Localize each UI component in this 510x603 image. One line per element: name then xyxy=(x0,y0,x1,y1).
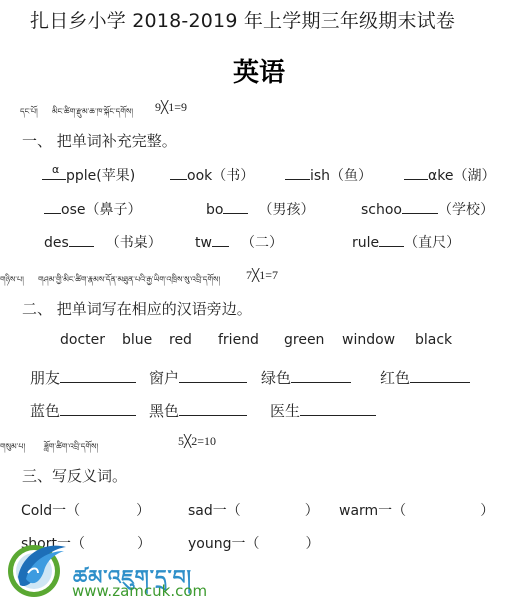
section1-tibetan-instruction: མིང་ཚིག་རྫུམ་ཆ་ཁ་སྐོང་དགོས། xyxy=(52,102,133,125)
section1-tibetan-label: དང་པོ། xyxy=(20,102,38,125)
fill-item-apple: αpple(苹果) xyxy=(42,165,135,185)
word-bank-green: green xyxy=(284,332,324,348)
match-item-green: 绿色 xyxy=(261,367,351,388)
word-bank-docter: docter xyxy=(60,332,105,348)
section3-heading: 三、写反义词。 xyxy=(22,465,127,486)
match-item-black: 黑色 xyxy=(149,400,247,421)
section1-score: 9╳1=9 xyxy=(155,100,187,115)
section3-score: 5╳2=10 xyxy=(178,434,216,449)
antonym-item-warm: warm一（） xyxy=(339,500,494,520)
section3-tibetan-label: གསུམ་པ། xyxy=(0,437,25,460)
match-item-doctor: 医生 xyxy=(270,400,376,421)
watermark-url: www.zamcuk.com xyxy=(72,582,207,600)
answer-blank[interactable] xyxy=(410,370,470,383)
answer-blank[interactable] xyxy=(179,370,247,383)
section2-tibetan-label: གཉིས་པ། xyxy=(0,270,24,293)
answer-blank[interactable] xyxy=(379,234,404,247)
match-item-blue: 蓝色 xyxy=(30,400,136,421)
answer-blank[interactable] xyxy=(170,167,187,180)
hint-letter: α xyxy=(52,163,59,176)
section1-heading: 一、 把单词补充完整。 xyxy=(22,130,177,151)
answer-blank[interactable] xyxy=(60,370,136,383)
match-item-red: 红色 xyxy=(380,367,470,388)
word-bank-window: window xyxy=(342,332,395,348)
word-bank-black: black xyxy=(415,332,452,348)
section3-tibetan-instruction: ཟློག་ཚིག་འབྲི་དགོས། xyxy=(44,437,98,460)
answer-blank[interactable] xyxy=(69,234,94,247)
answer-blank[interactable] xyxy=(44,201,61,214)
subject-title: 英语 xyxy=(233,52,285,89)
fill-item-school: schoo（学校） xyxy=(361,199,494,219)
match-item-window: 窗户 xyxy=(149,367,247,388)
word-bank-friend: friend xyxy=(218,332,259,348)
fill-item-ruler: rule（直尺） xyxy=(352,232,460,252)
antonym-item-cold: Cold一（） xyxy=(21,500,150,520)
match-item-friend: 朋友 xyxy=(30,367,136,388)
fill-item-nose: ose（鼻子） xyxy=(44,199,141,219)
fill-item-boy: bo（男孩） xyxy=(206,199,314,219)
word-bank-red: red xyxy=(169,332,192,348)
answer-blank[interactable]: α xyxy=(42,167,66,180)
answer-blank[interactable] xyxy=(404,167,428,180)
zamcuk-logo-icon xyxy=(4,533,70,599)
answer-blank[interactable] xyxy=(223,201,248,214)
word-bank-blue: blue xyxy=(122,332,152,348)
exam-title: 扎日乡小学 2018-2019 年上学期三年级期末试卷 xyxy=(30,6,455,33)
section2-heading: 二、 把单词写在相应的汉语旁边。 xyxy=(22,298,252,319)
answer-blank[interactable] xyxy=(179,403,247,416)
fill-item-book: ook（书） xyxy=(170,165,254,185)
fill-item-fish: ish（鱼） xyxy=(285,165,372,185)
answer-blank[interactable] xyxy=(291,370,351,383)
answer-blank[interactable] xyxy=(212,234,229,247)
answer-blank[interactable] xyxy=(285,167,310,180)
answer-blank[interactable] xyxy=(402,201,438,214)
answer-blank[interactable] xyxy=(60,403,136,416)
answer-blank[interactable] xyxy=(300,403,376,416)
antonym-item-young: young一（） xyxy=(188,533,319,553)
fill-item-desk: des（书桌） xyxy=(44,232,162,252)
fill-item-lake: αke（湖） xyxy=(404,165,495,185)
section2-score: 7╳1=7 xyxy=(246,268,278,283)
antonym-item-sad: sad一（） xyxy=(188,500,319,520)
section2-tibetan-instruction: གཤམ་གྱི་མིང་ཚིག་རྣམས་དོན་མཐུན་པའི་རྒྱ་ཡི… xyxy=(38,270,220,293)
fill-item-two: tw（二） xyxy=(195,232,283,252)
